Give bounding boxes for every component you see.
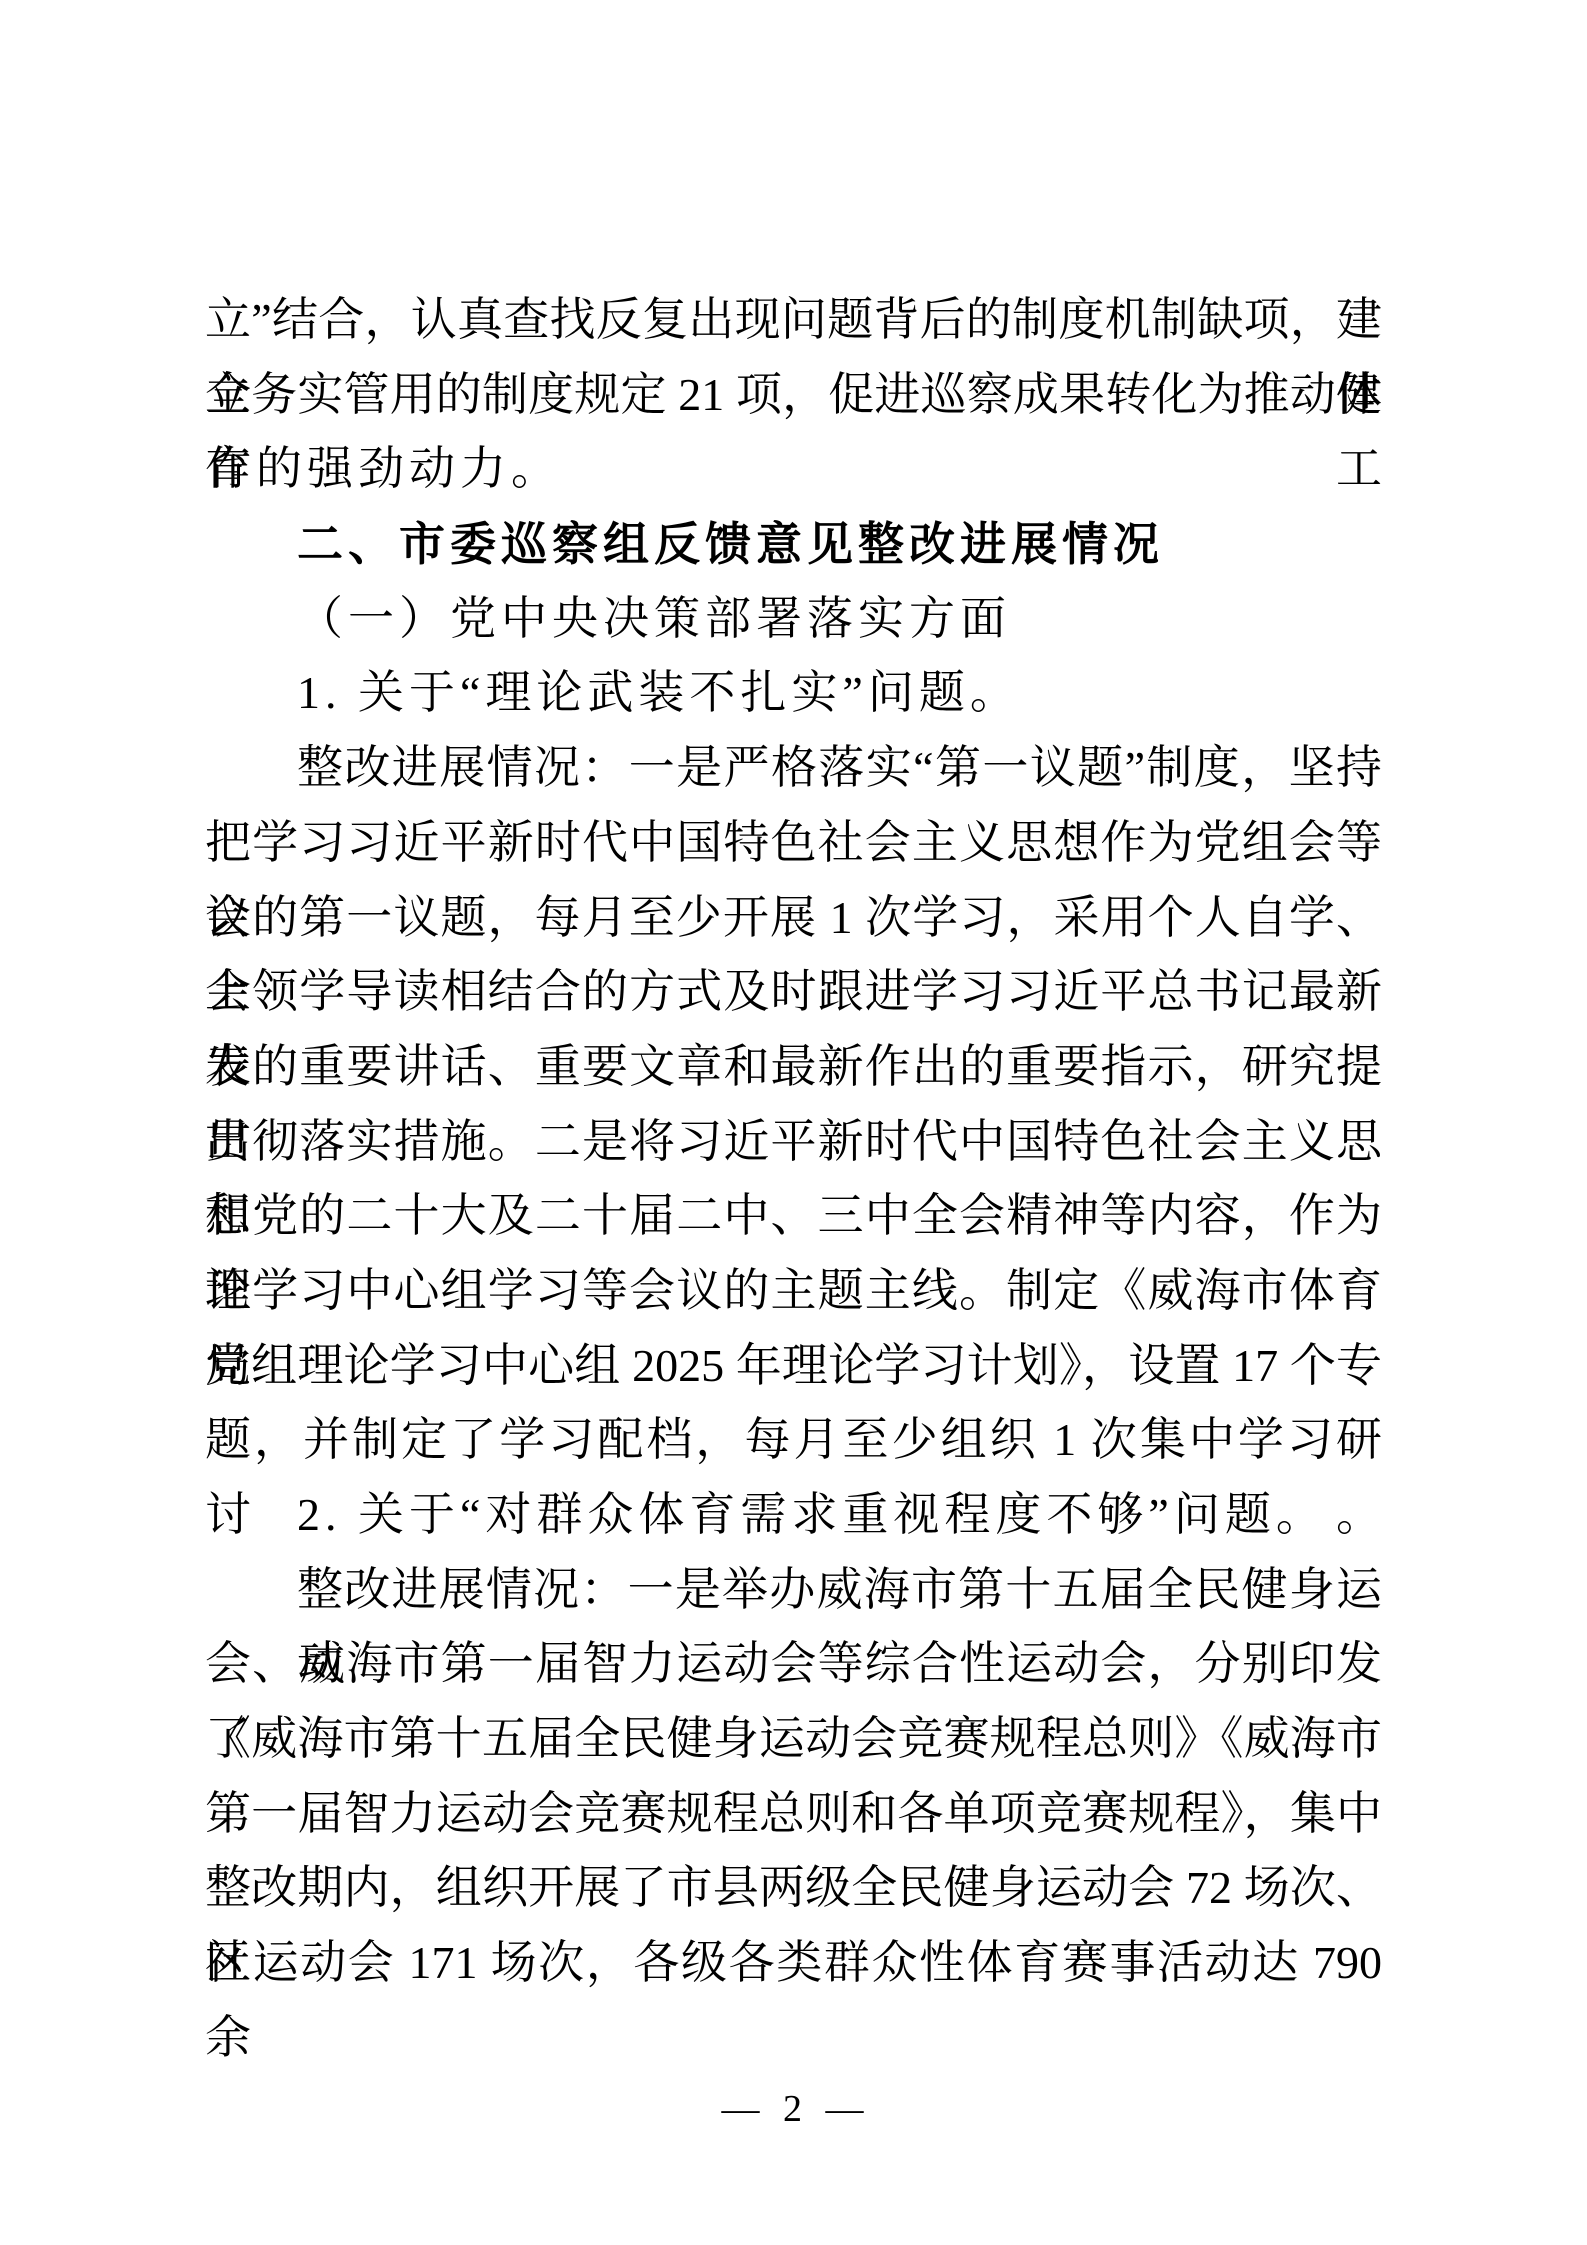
- text-line-1: 立”结合，认真查找反复出现问题背后的制度机制缺项，建立健: [205, 283, 1382, 358]
- page-number: — 2 —: [0, 2085, 1587, 2133]
- text-line-17: 2. 关于“对群众体育需求重视程度不够”问题。: [205, 1478, 1382, 1553]
- text-line-20: 《威海市第十五届全民健身运动会竞赛规程总则》《威海市: [205, 1702, 1382, 1777]
- document-page: 立”结合，认真查找反复出现问题背后的制度机制缺项，建立健全务实管用的制度规定 2…: [0, 0, 1587, 2245]
- text-line-22: 整改期内，组织开展了市县两级全民健身运动会 72 场次、社: [205, 1851, 1382, 1926]
- text-line-7: 整改进展情况：一是严格落实“第一议题”制度，坚持: [205, 731, 1382, 806]
- text-line-10: 上领学导读相结合的方式及时跟进学习习近平总书记最新发: [205, 955, 1382, 1030]
- text-line-19: 会、威海市第一届智力运动会等综合性运动会，分别印发了: [205, 1627, 1382, 1702]
- text-line-16: 题，并制定了学习配档，每月至少组织 1 次集中学习研讨。: [205, 1403, 1382, 1478]
- text-block: 立”结合，认真查找反复出现问题背后的制度机制缺项，建立健全务实管用的制度规定 2…: [205, 283, 1382, 2001]
- text-line-5: （一）党中央决策部署落实方面: [205, 582, 1382, 657]
- text-line-14: 论学习中心组学习等会议的主题主线。制定《威海市体育局: [205, 1254, 1382, 1329]
- text-line-4: 二、市委巡察组反馈意见整改进展情况: [205, 507, 1382, 582]
- text-line-21: 第一届智力运动会竞赛规程总则和各单项竞赛规程》，集中: [205, 1777, 1382, 1852]
- text-line-6: 1. 关于“理论武装不扎实”问题。: [205, 656, 1382, 731]
- text-line-13: 和党的二十大及二十届二中、三中全会精神等内容，作为理: [205, 1179, 1382, 1254]
- text-line-11: 表的重要讲话、重要文章和最新作出的重要指示，研究提出: [205, 1030, 1382, 1105]
- text-line-18: 整改进展情况：一是举办威海市第十五届全民健身运动: [205, 1553, 1382, 1628]
- text-line-12: 贯彻落实措施。二是将习近平新时代中国特色社会主义思想: [205, 1105, 1382, 1180]
- text-line-15: 党组理论学习中心组 2025 年理论学习计划》，设置 17 个专: [205, 1329, 1382, 1404]
- text-line-9: 议的第一议题，每月至少开展 1 次学习，采用个人自学、会: [205, 881, 1382, 956]
- text-line-8: 把学习习近平新时代中国特色社会主义思想作为党组会等会: [205, 806, 1382, 881]
- text-line-23: 区运动会 171 场次，各级各类群众性体育赛事活动达 790 余: [205, 1926, 1382, 2001]
- text-line-2: 全务实管用的制度规定 21 项，促进巡察成果转化为推动体育工: [205, 358, 1382, 433]
